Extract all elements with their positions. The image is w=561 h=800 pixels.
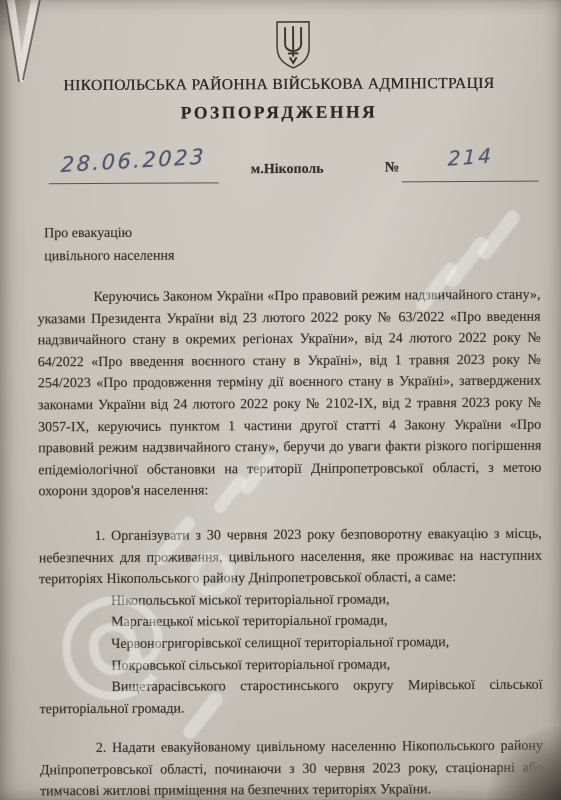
subject-line-1: Про евакуацію <box>44 222 174 246</box>
community-list: Нікопольської міської територіальної гро… <box>39 588 543 720</box>
document-type-title: РОЗПОРЯДЖЕННЯ <box>0 101 560 125</box>
paperclip-icon <box>0 0 60 98</box>
handwritten-date: 28.06.2023 <box>61 145 207 177</box>
city-label: м.Нікополь <box>251 162 324 178</box>
community-item: Червоногригорівської селищної територіал… <box>39 632 542 656</box>
ukraine-trident-emblem-icon <box>275 21 311 71</box>
date-field: 28.06.2023 <box>49 148 219 184</box>
number-field: 214 <box>402 145 539 183</box>
community-item: Марганецької міської територіальної гром… <box>39 610 542 634</box>
community-item: Вищетарасівського старостинського округу… <box>39 675 542 721</box>
number-sign: № <box>385 159 400 176</box>
subject-line-2: цивільного населення <box>44 245 174 269</box>
community-item: Покровської сільської територіальної гро… <box>39 653 542 677</box>
community-item: Нікопольської міської територіальної гро… <box>39 588 542 612</box>
preamble-paragraph: Керуючись Законом України «Про правовий … <box>37 285 541 504</box>
order-item-2: 2. Надати евакуйованому цивільному насел… <box>40 736 543 800</box>
document-body: Керуючись Законом України «Про правовий … <box>37 285 543 800</box>
organization-name: НІКОПОЛЬСЬКА РАЙОННА ВІЙСЬКОВА АДМІНІСТР… <box>0 75 559 96</box>
handwritten-number: 214 <box>447 143 493 171</box>
order-item-1: 1. Організувати з 30 червня 2023 року бе… <box>39 524 542 591</box>
subject-block: Про евакуацію цивільного населення <box>44 222 174 269</box>
scanned-document-photo: НІКОПОЛЬСЬКА РАЙОННА ВІЙСЬКОВА АДМІНІСТР… <box>0 0 561 800</box>
